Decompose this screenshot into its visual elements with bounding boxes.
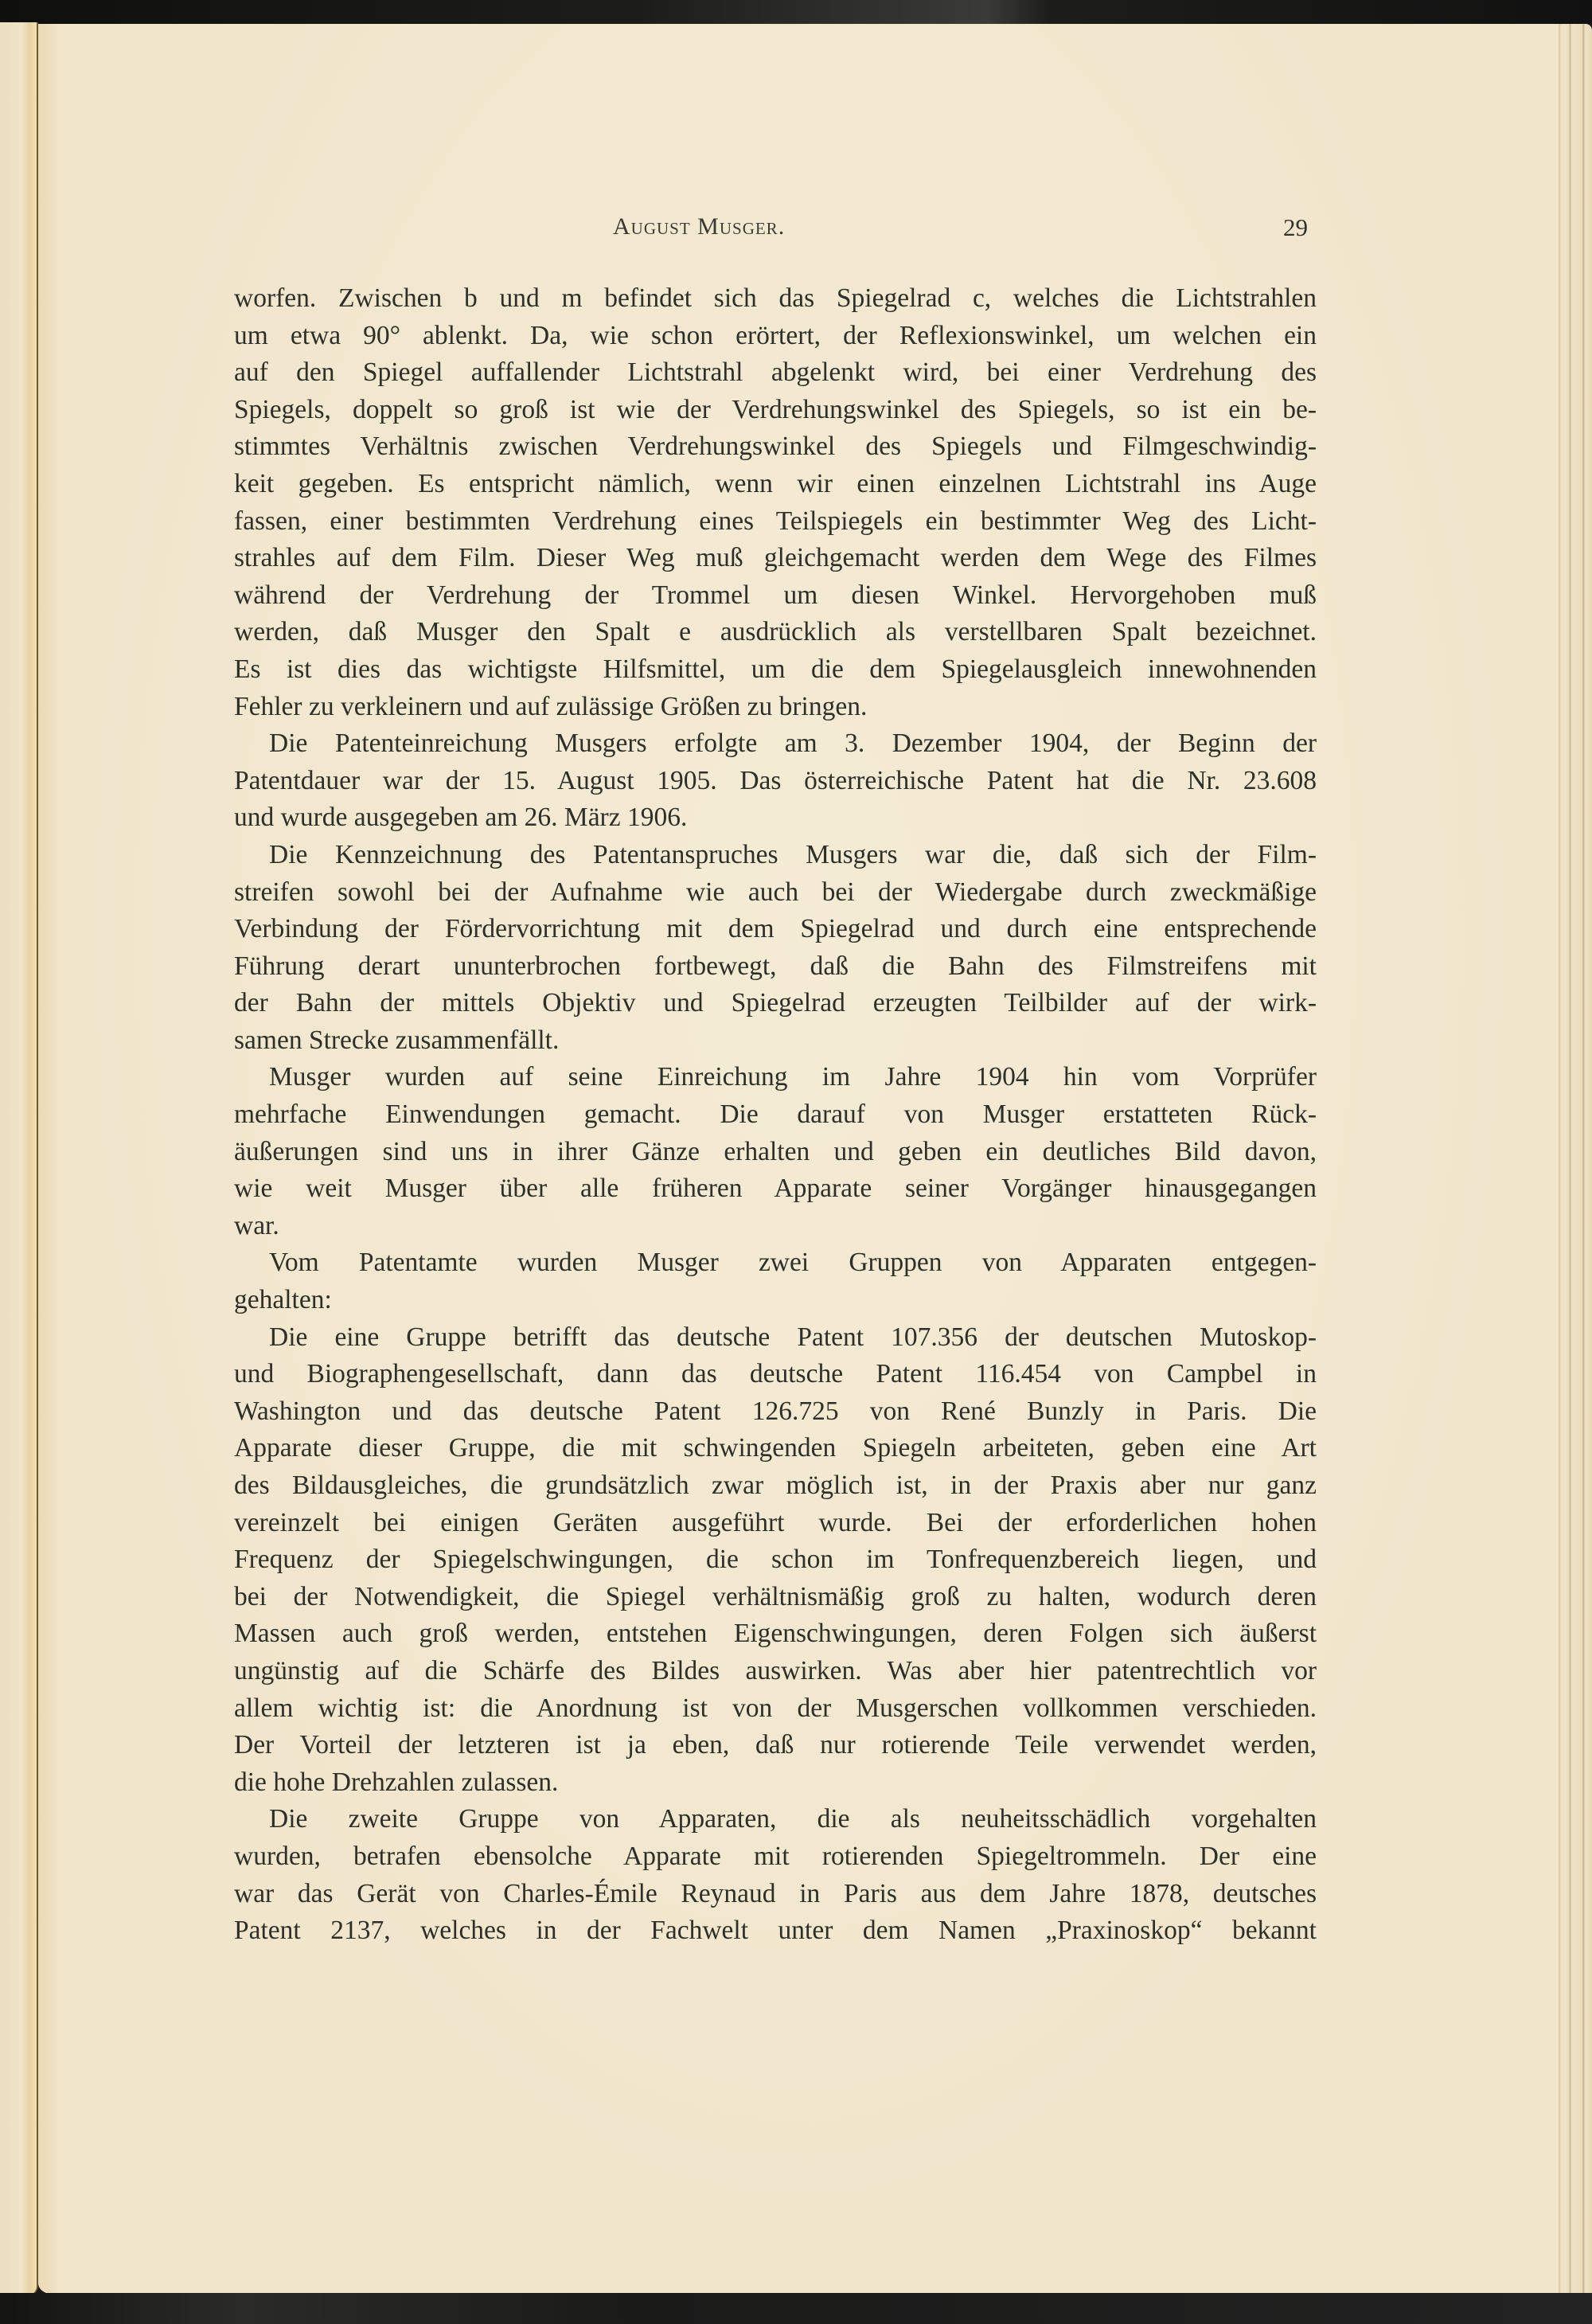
text-line: Massen auch groß werden, entstehen Eigen…	[234, 1615, 1317, 1653]
text-line: fassen, einer bestimmten Verdrehung eine…	[234, 503, 1317, 541]
paragraph-first-line: Die Patenteinreichung Musgers erfolgte a…	[234, 725, 1317, 763]
text-line: Der Vorteil der letzteren ist ja eben, d…	[234, 1727, 1317, 1764]
text-line: stimmtes Verhältnis zwischen Verdrehungs…	[234, 428, 1317, 466]
text-line: um etwa 90° ablenkt. Da, wie schon erört…	[234, 318, 1317, 355]
text-line: Führung derart ununterbrochen fortbewegt…	[234, 948, 1317, 986]
text-line: Washington und das deutsche Patent 126.7…	[234, 1393, 1317, 1431]
text-line: der Bahn der mittels Objektiv und Spiege…	[234, 985, 1317, 1022]
text-line: war das Gerät von Charles-Émile Reynaud …	[234, 1876, 1317, 1913]
text-line: streifen sowohl bei der Aufnahme wie auc…	[234, 874, 1317, 912]
text-line: vereinzelt bei einigen Geräten ausgeführ…	[234, 1505, 1317, 1542]
text-line: ungünstig auf die Schärfe des Bildes aus…	[234, 1653, 1317, 1690]
right-page-edges	[1559, 24, 1592, 2293]
text-line: während der Verdrehung der Trommel um di…	[234, 577, 1317, 615]
text-line: Es ist dies das wichtigste Hilfsmittel, …	[234, 651, 1317, 689]
scan-border-top	[0, 0, 1592, 24]
text-line: Patent 2137, welches in der Fachwelt unt…	[234, 1912, 1317, 1950]
text-line: wurden, betrafen ebensolche Apparate mit…	[234, 1838, 1317, 1876]
paragraph-first-line: Die zweite Gruppe von Apparaten, die als…	[234, 1801, 1317, 1838]
text-line: keit gegeben. Es entspricht nämlich, wen…	[234, 466, 1317, 503]
text-line: worfen. Zwischen b und m befindet sich d…	[234, 280, 1317, 318]
text-line: Fehler zu verkleinern und auf zulässige …	[234, 689, 1317, 726]
text-line: samen Strecke zusammenfällt.	[234, 1022, 1317, 1060]
text-line: des Bildausgleiches, die grundsätzlich z…	[234, 1467, 1317, 1505]
text-line: die hohe Drehzahlen zulassen.	[234, 1764, 1317, 1802]
paragraph-first-line: Vom Patentamte wurden Musger zwei Gruppe…	[234, 1244, 1317, 1282]
text-line: mehrfache Einwendungen gemacht. Die dara…	[234, 1096, 1317, 1134]
text-line: bei der Notwendigkeit, die Spiegel verhä…	[234, 1579, 1317, 1616]
text-line: strahles auf dem Film. Dieser Weg muß gl…	[234, 540, 1317, 577]
text-line: werden, daß Musger den Spalt e ausdrückl…	[234, 614, 1317, 651]
paragraph-first-line: Musger wurden auf seine Einreichung im J…	[234, 1059, 1317, 1096]
body-text: worfen. Zwischen b und m befindet sich d…	[234, 280, 1317, 1950]
text-line: auf den Spiegel auffallender Lichtstrahl…	[234, 354, 1317, 392]
text-line: allem wichtig ist: die Anordnung ist von…	[234, 1690, 1317, 1728]
text-line: Frequenz der Spiegelschwingungen, die sc…	[234, 1541, 1317, 1579]
text-line: und Biographengesellschaft, dann das deu…	[234, 1356, 1317, 1393]
text-line: gehalten:	[234, 1282, 1317, 1319]
text-line: und wurde ausgegeben am 26. März 1906.	[234, 799, 1317, 837]
text-line: Verbindung der Fördervorrichtung mit dem…	[234, 911, 1317, 948]
left-page-edge	[0, 22, 38, 2299]
text-line: war.	[234, 1208, 1317, 1245]
paragraph-first-line: Die eine Gruppe betrifft das deutsche Pa…	[234, 1319, 1317, 1357]
running-title: August Musger.	[613, 213, 785, 240]
text-line: Apparate dieser Gruppe, die mit schwinge…	[234, 1430, 1317, 1467]
paragraph-first-line: Die Kennzeichnung des Patentanspruches M…	[234, 837, 1317, 874]
text-line: Patentdauer war der 15. August 1905. Das…	[234, 763, 1317, 800]
text-line: äußerungen sind uns in ihrer Gänze erhal…	[234, 1134, 1317, 1171]
text-line: wie weit Musger über alle früheren Appar…	[234, 1170, 1317, 1208]
scan-border-bottom	[0, 2293, 1592, 2324]
page-number: 29	[1283, 213, 1308, 242]
text-line: Spiegels, doppelt so groß ist wie der Ve…	[234, 392, 1317, 429]
running-head: August Musger. 29	[0, 213, 1592, 245]
